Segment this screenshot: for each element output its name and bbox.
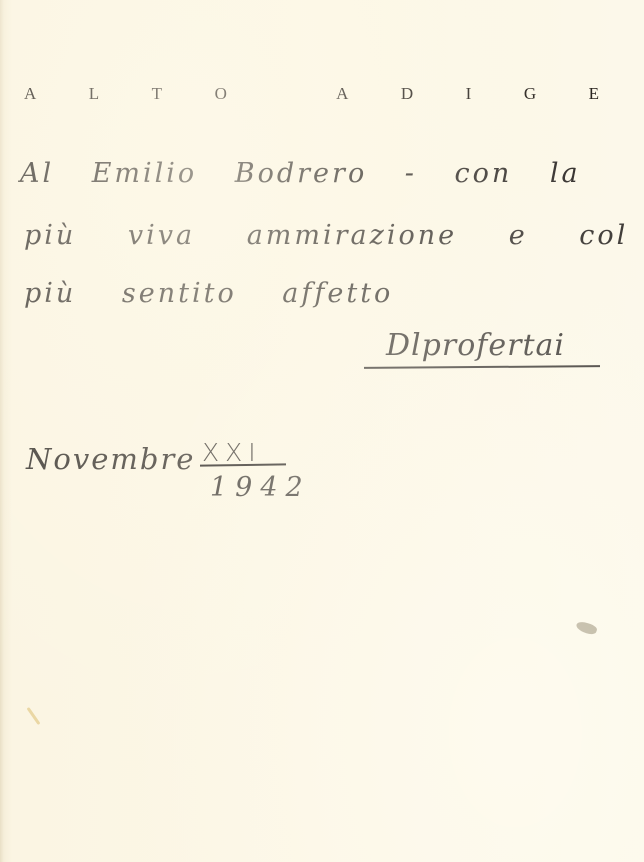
paper-mark bbox=[27, 707, 41, 725]
header-letter: O bbox=[215, 84, 227, 104]
header-letter: I bbox=[466, 84, 472, 104]
date-month: Novembre bbox=[26, 442, 195, 476]
inscription-line-3: più sentito affetto bbox=[24, 278, 393, 309]
header-letter: A bbox=[336, 84, 348, 104]
signature: Dlprofertai bbox=[386, 328, 565, 363]
signature-underline bbox=[364, 365, 600, 369]
header-letter: T bbox=[152, 84, 162, 104]
printed-header: A L T O A D I G E bbox=[24, 84, 599, 104]
header-letter: E bbox=[589, 84, 599, 104]
header-letter: G bbox=[524, 84, 536, 104]
inscription-line-1: Al Emilio Bodrero - con la bbox=[20, 158, 581, 189]
header-letter: D bbox=[401, 84, 413, 104]
header-letter-gap bbox=[279, 84, 283, 104]
paper-page: A L T O A D I G E Al Emilio Bodrero - co… bbox=[0, 0, 644, 862]
date-year: 1942 bbox=[210, 472, 311, 503]
header-letter: L bbox=[89, 84, 99, 104]
date-roman-year: XXI bbox=[202, 438, 262, 467]
paper-stain bbox=[575, 620, 598, 636]
inscription-line-2: più viva ammirazione e col bbox=[24, 220, 628, 251]
header-letter: A bbox=[24, 84, 36, 104]
